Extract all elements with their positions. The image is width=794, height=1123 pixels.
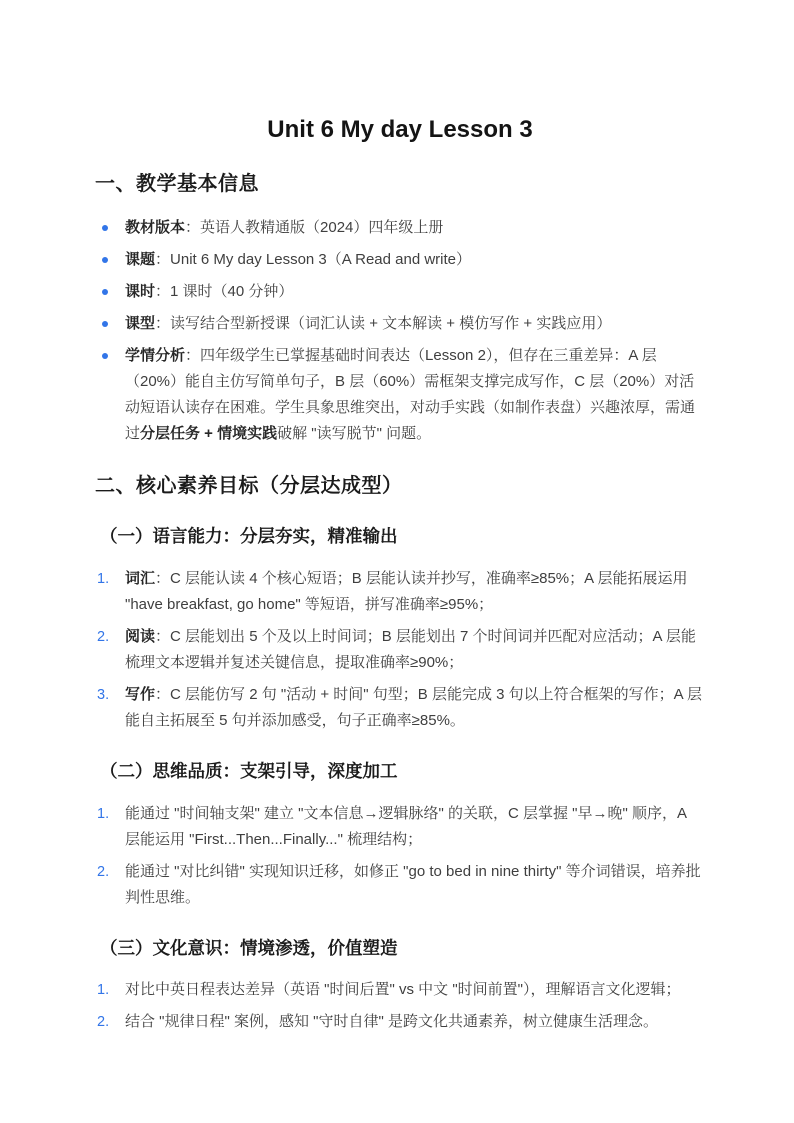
cultural-awareness-list: 1. 对比中英日程表达差异（英语 "时间后置" vs 中文 "时间前置"），理解…	[95, 977, 705, 1035]
item-bold-text: 分层任务 + 情境实践	[140, 425, 277, 442]
item-text: C 层能划出 5 个及以上时间词；B 层能划出 7 个时间词并匹配对应活动；A …	[125, 628, 696, 671]
item-label: 学情分析	[125, 347, 185, 364]
item-number: 2.	[97, 1009, 109, 1035]
list-item-lesson-type: 课型：读写结合型新授课（词汇认读 + 文本解读 + 模仿写作 + 实践应用）	[95, 311, 705, 337]
item-text: Unit 6 My day Lesson 3（A Read and write）	[170, 251, 471, 268]
section-1-heading: 一、教学基本信息	[95, 171, 705, 197]
item-label: 课题	[125, 251, 155, 268]
item-label: 课型	[125, 315, 155, 332]
list-item-timeline-scaffold: 1. 能通过 "时间轴支架" 建立 "文本信息→逻辑脉络" 的关联，C 层掌握 …	[95, 801, 705, 853]
list-item-reading: 2. 阅读：C 层能划出 5 个及以上时间词；B 层能划出 7 个时间词并匹配对…	[95, 624, 705, 676]
list-item-learner-analysis: 学情分析：四年级学生已掌握基础时间表达（Lesson 2），但存在三重差异：A …	[95, 343, 705, 447]
item-text: 读写结合型新授课（词汇认读 + 文本解读 + 模仿写作 + 实践应用）	[170, 315, 611, 332]
item-label: 写作	[125, 686, 155, 703]
item-label: 词汇	[125, 570, 155, 587]
thinking-quality-list: 1. 能通过 "时间轴支架" 建立 "文本信息→逻辑脉络" 的关联，C 层掌握 …	[95, 801, 705, 911]
section-2-heading: 二、核心素养目标（分层达成型）	[95, 473, 705, 499]
item-separator: ：	[155, 628, 170, 645]
item-text: 1 课时（40 分钟）	[170, 283, 293, 300]
list-item-textbook: 教材版本：英语人教精通版（2024）四年级上册	[95, 215, 705, 241]
item-separator: ：	[155, 570, 170, 587]
subsection-1-heading: （一）语言能力：分层夯实，精准输出	[100, 525, 705, 548]
subsection-2-heading: （二）思维品质：支架引导，深度加工	[100, 760, 705, 783]
bullet-icon	[102, 353, 108, 359]
item-text: 英语人教精通版（2024）四年级上册	[200, 219, 443, 236]
document-page: Unit 6 My day Lesson 3 一、教学基本信息 教材版本：英语人…	[0, 0, 794, 1123]
item-number: 3.	[97, 682, 109, 708]
item-number: 1.	[97, 977, 109, 1003]
list-item-period: 课时：1 课时（40 分钟）	[95, 279, 705, 305]
bullet-icon	[102, 257, 108, 263]
item-separator: ：	[155, 686, 170, 703]
item-label: 教材版本	[125, 219, 185, 236]
item-separator: ：	[155, 251, 170, 268]
item-number: 2.	[97, 624, 109, 650]
item-text-tail: 破解 "读写脱节" 问题。	[277, 425, 431, 442]
list-item-vocabulary: 1. 词汇：C 层能认读 4 个核心短语；B 层能认读并抄写，准确率≥85%；A…	[95, 566, 705, 618]
language-ability-list: 1. 词汇：C 层能认读 4 个核心短语；B 层能认读并抄写，准确率≥85%；A…	[95, 566, 705, 734]
item-separator: ：	[155, 315, 170, 332]
item-text: 能通过 "时间轴支架" 建立 "文本信息→逻辑脉络" 的关联，C 层掌握 "早→…	[125, 805, 686, 848]
bullet-icon	[102, 225, 108, 231]
subsection-3-heading: （三）文化意识：情境渗透，价值塑造	[100, 937, 705, 960]
item-number: 2.	[97, 859, 109, 885]
item-text: C 层能认读 4 个核心短语；B 层能认读并抄写，准确率≥85%；A 层能拓展运…	[125, 570, 687, 613]
list-item-topic: 课题：Unit 6 My day Lesson 3（A Read and wri…	[95, 247, 705, 273]
item-number: 1.	[97, 801, 109, 827]
item-label: 阅读	[125, 628, 155, 645]
item-text: C 层能仿写 2 句 "活动 + 时间" 句型；B 层能完成 3 句以上符合框架…	[125, 686, 702, 729]
list-item-writing: 3. 写作：C 层能仿写 2 句 "活动 + 时间" 句型；B 层能完成 3 句…	[95, 682, 705, 734]
item-text: 结合 "规律日程" 案例，感知 "守时自律" 是跨文化共通素养，树立健康生活理念…	[125, 1013, 658, 1030]
item-separator: ：	[155, 283, 170, 300]
item-separator: ：	[185, 219, 200, 236]
document-title: Unit 6 My day Lesson 3	[95, 114, 705, 145]
list-item-routine-case: 2. 结合 "规律日程" 案例，感知 "守时自律" 是跨文化共通素养，树立健康生…	[95, 1009, 705, 1035]
bullet-icon	[102, 321, 108, 327]
list-item-expression-contrast: 1. 对比中英日程表达差异（英语 "时间后置" vs 中文 "时间前置"），理解…	[95, 977, 705, 1003]
item-separator: ：	[185, 347, 200, 364]
basic-info-list: 教材版本：英语人教精通版（2024）四年级上册 课题：Unit 6 My day…	[95, 215, 705, 447]
item-label: 课时	[125, 283, 155, 300]
bullet-icon	[102, 289, 108, 295]
item-number: 1.	[97, 566, 109, 592]
item-text: 对比中英日程表达差异（英语 "时间后置" vs 中文 "时间前置"），理解语言文…	[125, 981, 680, 998]
item-text: 能通过 "对比纠错" 实现知识迁移，如修正 "go to bed in nine…	[125, 863, 701, 906]
list-item-error-correction: 2. 能通过 "对比纠错" 实现知识迁移，如修正 "go to bed in n…	[95, 859, 705, 911]
